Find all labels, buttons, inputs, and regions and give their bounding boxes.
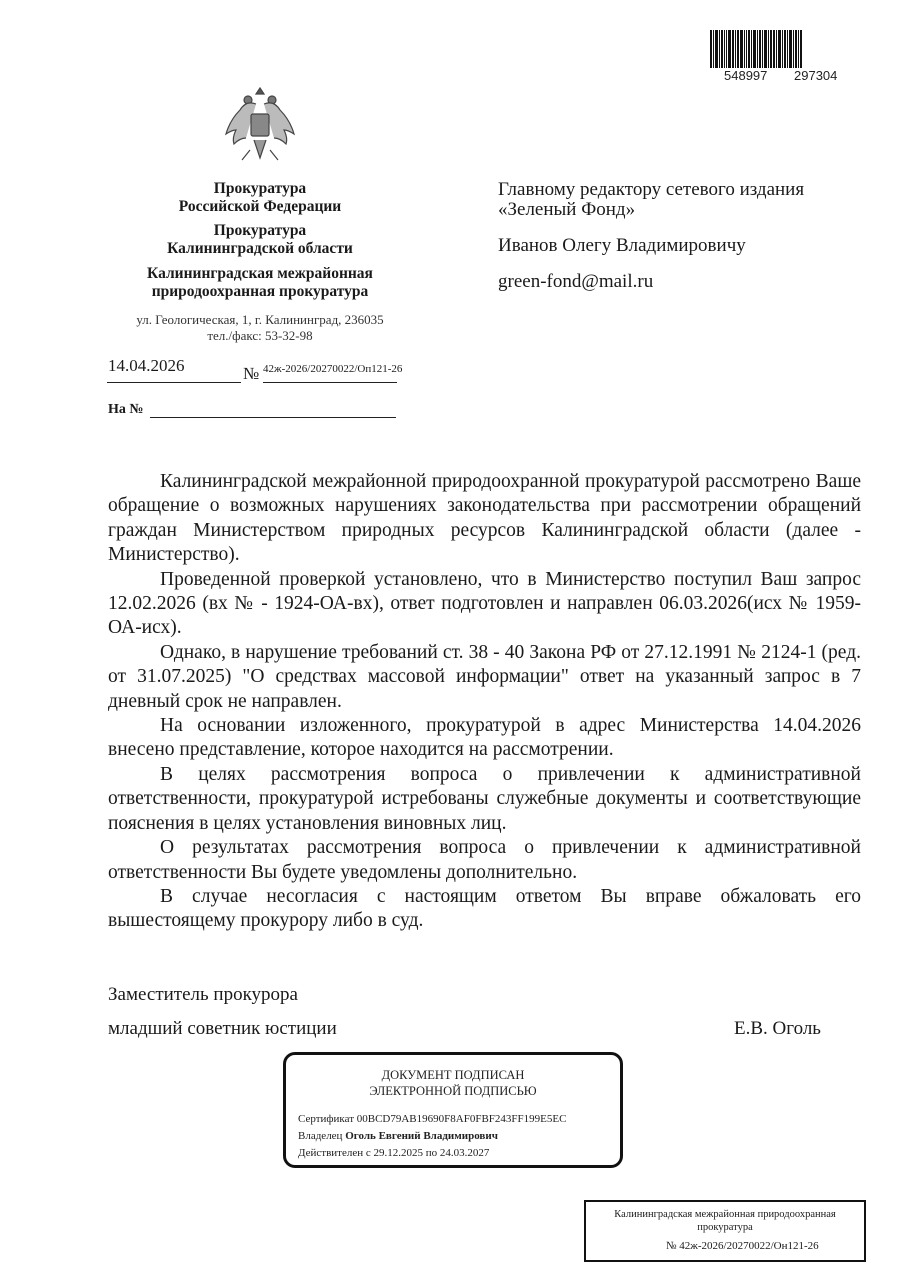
valid-label: Действителен с (298, 1147, 371, 1159)
sender-region-line1: Прокуратура (95, 222, 425, 240)
registration-box: Калининградская межрайонная природоохран… (584, 1200, 866, 1262)
addressee-name: Иванов Олегу Владимировичу (498, 236, 858, 256)
e-signature-stamp: ДОКУМЕНТ ПОДПИСАН ЭЛЕКТРОННОЙ ПОДПИСЬЮ С… (283, 1052, 623, 1168)
reply-to-underline (150, 417, 396, 418)
regbox-number-row: № 42ж-2026/20270022/Он121-26 (666, 1240, 819, 1253)
body-paragraph: На основании изложенного, прокуратурой в… (108, 714, 861, 763)
body-paragraph: В целях рассмотрения вопроса о привлечен… (108, 763, 861, 836)
sender-unit: Калининградская межрайонная природоохран… (95, 265, 425, 301)
signer-name: Е.В. Оголь (734, 1018, 821, 1040)
number-underline (263, 382, 397, 383)
certificate-label: Сертификат (298, 1113, 354, 1125)
stamp-details: Сертификат 00BCD79AB19690F8AF0FBF243FF19… (298, 1111, 566, 1162)
russian-coat-of-arms-icon (220, 84, 300, 168)
date-underline (107, 382, 241, 383)
valid-to: 24.03.2027 (440, 1147, 490, 1159)
reply-to-label: На № (108, 402, 143, 418)
barcode-right-digits: 297304 (794, 68, 837, 83)
sender-address: ул. Геологическая, 1, г. Калининград, 23… (95, 312, 425, 328)
regbox-number-sign: № (666, 1240, 677, 1252)
document-number: 42ж-2026/20270022/Оп121-26 (263, 363, 402, 375)
body-paragraph: Калининградской межрайонной природоохран… (108, 470, 861, 568)
signer-rank: младший советник юстиции (108, 1018, 337, 1040)
stamp-title-line1: ДОКУМЕНТ ПОДПИСАН (286, 1067, 620, 1083)
stamp-title: ДОКУМЕНТ ПОДПИСАН ЭЛЕКТРОННОЙ ПОДПИСЬЮ (286, 1067, 620, 1099)
addressee-line1: Главному редактору сетевого издания (498, 180, 858, 200)
sender-contacts: ул. Геологическая, 1, г. Калининград, 23… (95, 312, 425, 344)
certificate-value: 00BCD79AB19690F8AF0FBF243FF199E5EC (357, 1113, 567, 1125)
barcode: 548997 297304 (710, 30, 850, 80)
stamp-owner-row: Владелец Оголь Евгений Владимирович (298, 1128, 566, 1145)
sender-unit-line2: природоохранная прокуратура (95, 283, 425, 301)
addressee-email: green-fond@mail.ru (498, 272, 858, 292)
owner-value: Оголь Евгений Владимирович (345, 1130, 498, 1142)
body-paragraph: О результатах рассмотрения вопроса о при… (108, 836, 861, 885)
stamp-title-line2: ЭЛЕКТРОННОЙ ПОДПИСЬЮ (286, 1083, 620, 1099)
letter-body: Калининградской межрайонной природоохран… (108, 470, 861, 934)
sender-unit-line1: Калининградская межрайонная (95, 265, 425, 283)
sender-phone: тел./факс: 53-32-98 (95, 328, 425, 344)
sender-org-line1: Прокуратура (95, 180, 425, 198)
body-paragraph: В случае несогласия с настоящим ответом … (108, 885, 861, 934)
sender-org-line2: Российской Федерации (95, 198, 425, 216)
sender-region-line2: Калининградской области (95, 240, 425, 258)
stamp-certificate-row: Сертификат 00BCD79AB19690F8AF0FBF243FF19… (298, 1111, 566, 1128)
regbox-org-line1: Калининградская межрайонная природоохран… (586, 1208, 864, 1221)
owner-label: Владелец (298, 1130, 342, 1142)
barcode-left-digits: 548997 (724, 68, 767, 83)
addressee-line2: «Зеленый Фонд» (498, 200, 858, 220)
number-sign: № (243, 364, 259, 384)
body-paragraph: Проведенной проверкой установлено, что в… (108, 568, 861, 641)
regbox-org-line2: прокуратура (586, 1221, 864, 1234)
valid-to-label: по (426, 1147, 437, 1159)
document-date: 14.04.2026 (108, 356, 185, 376)
sender-region: Прокуратура Калининградской области (95, 222, 425, 258)
barcode-bars (710, 30, 850, 68)
addressee: Главному редактору сетевого издания «Зел… (498, 180, 858, 292)
sender-org: Прокуратура Российской Федерации (95, 180, 425, 216)
valid-from: 29.12.2025 (374, 1147, 424, 1159)
regbox-org: Калининградская межрайонная природоохран… (586, 1208, 864, 1234)
stamp-validity-row: Действителен с 29.12.2025 по 24.03.2027 (298, 1145, 566, 1162)
signer-position: Заместитель прокурора (108, 984, 298, 1006)
regbox-number: 42ж-2026/20270022/Он121-26 (679, 1240, 818, 1252)
body-paragraph: Однако, в нарушение требований ст. 38 - … (108, 641, 861, 714)
